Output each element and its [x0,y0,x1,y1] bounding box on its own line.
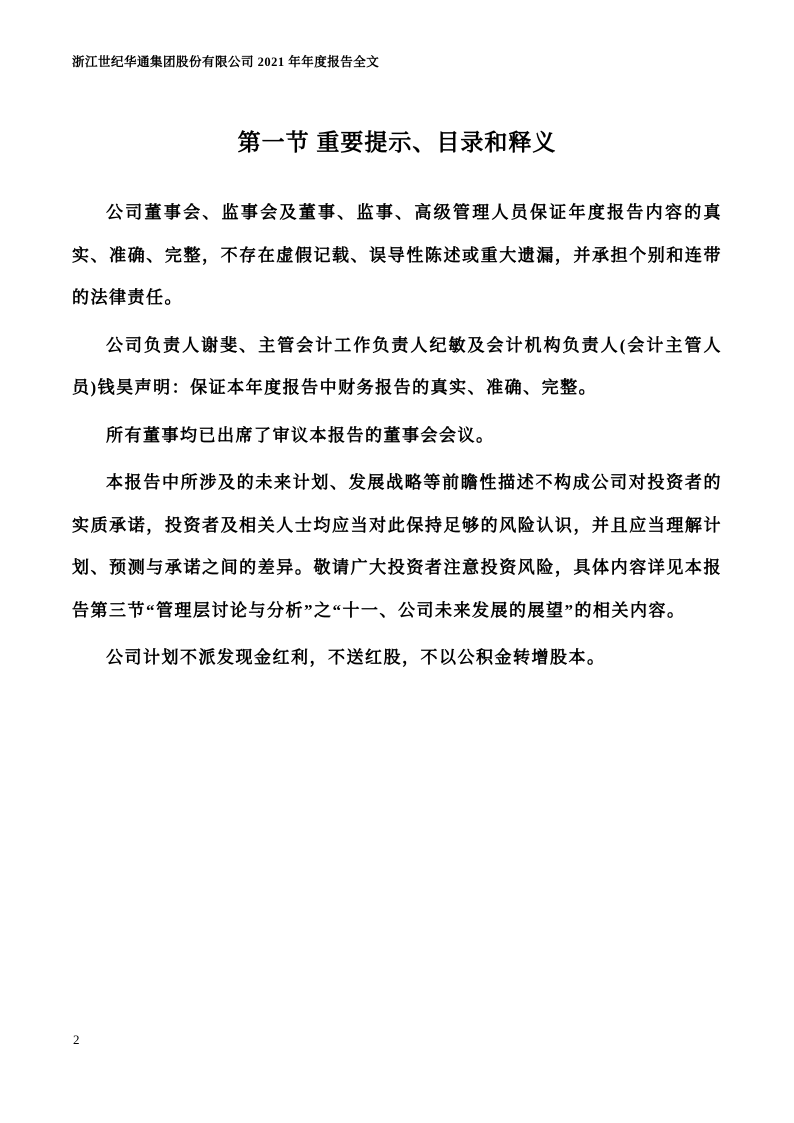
paragraph-dividend-plan: 公司计划不派发现金红利，不送红股，不以公积金转增股本。 [72,637,722,680]
report-header: 浙江世纪华通集团股份有限公司 2021 年年度报告全文 [72,52,722,70]
paragraph-directors-attendance: 所有董事均已出席了审议本报告的董事会会议。 [72,415,722,458]
paragraph-responsible-persons: 公司负责人谢斐、主管会计工作负责人纪敏及会计机构负责人(会计主管人员)钱昊声明：… [72,325,722,410]
paragraph-forward-looking-statement: 本报告中所涉及的未来计划、发展战略等前瞻性描述不构成公司对投资者的实质承诺，投资… [72,462,722,632]
section-title: 第一节 重要提示、目录和释义 [0,124,794,157]
document-page: 浙江世纪华通集团股份有限公司 2021 年年度报告全文 第一节 重要提示、目录和… [0,0,794,1123]
document-body: 公司董事会、监事会及董事、监事、高级管理人员保证年度报告内容的真实、准确、完整，… [72,192,722,685]
page-number: 2 [73,1032,80,1048]
paragraph-board-guarantee: 公司董事会、监事会及董事、监事、高级管理人员保证年度报告内容的真实、准确、完整，… [72,192,722,320]
